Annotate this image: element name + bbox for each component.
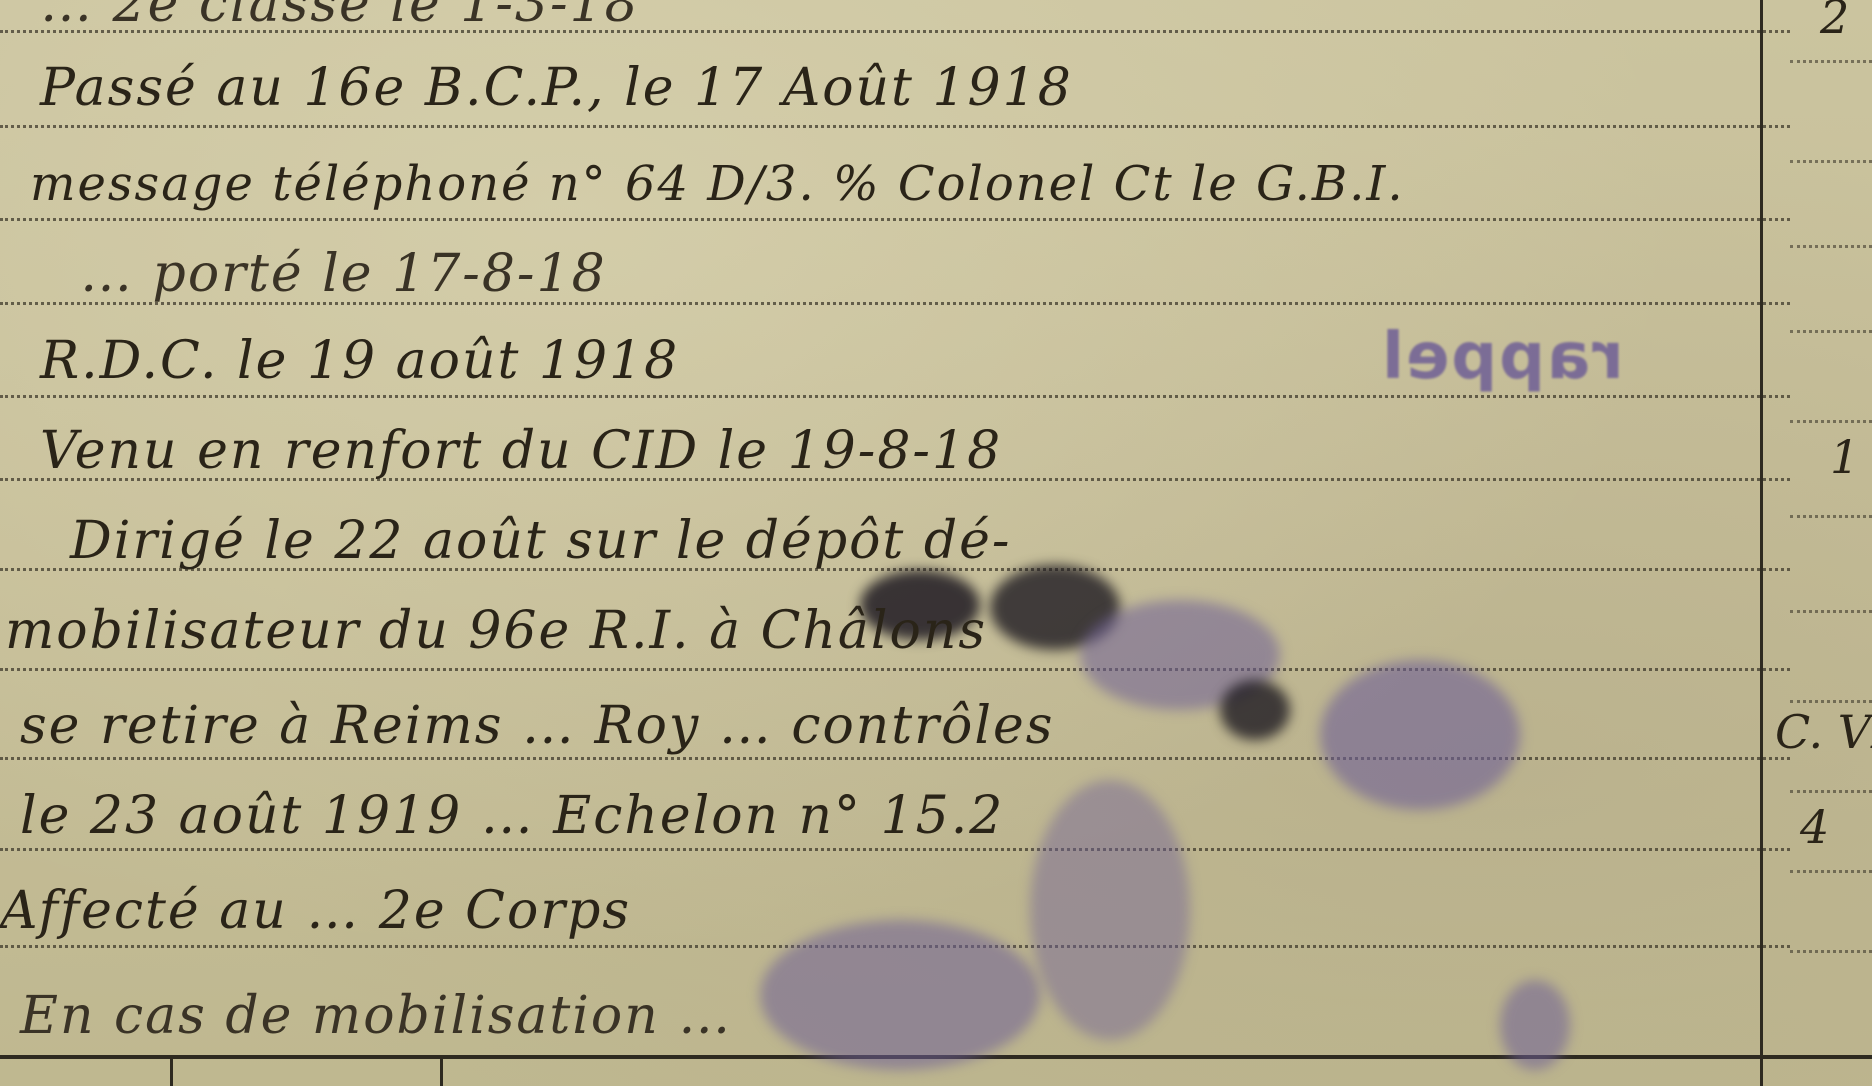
ruled-line-right <box>1790 950 1872 953</box>
ruled-line <box>0 848 1790 851</box>
ruled-line-right <box>1790 60 1872 63</box>
ruled-line-right <box>1790 160 1872 163</box>
margin-note: 2 <box>1820 0 1849 44</box>
ruled-line-right <box>1790 700 1872 703</box>
handwritten-line: Dirigé le 22 août sur le dépôt dé- <box>70 515 1011 567</box>
handwritten-line: le 23 août 1919 … Echelon n° 15.2 <box>20 790 1004 842</box>
ruled-line-right <box>1790 790 1872 793</box>
ruled-line <box>0 395 1790 398</box>
register-page: rappel … 2e classe le 1-3-18 Passé au 16… <box>0 0 1872 1086</box>
handwritten-line: En cas de mobilisation … <box>20 990 732 1042</box>
margin-note: 1 <box>1830 430 1859 484</box>
ruled-line <box>0 668 1790 671</box>
ink-blot <box>1500 980 1570 1070</box>
ink-blot <box>1030 780 1190 1040</box>
ink-blot <box>1320 660 1520 810</box>
ruled-line-right <box>1790 870 1872 873</box>
handwritten-line: R.D.C. le 19 août 1918 <box>40 335 679 387</box>
ruled-line <box>0 125 1790 128</box>
table-bottom-tick <box>440 1055 443 1086</box>
ruled-line <box>0 757 1790 760</box>
column-divider <box>1760 0 1763 1086</box>
ruled-line-right <box>1790 245 1872 248</box>
margin-note: 4 <box>1800 800 1829 854</box>
ruled-line <box>0 218 1790 221</box>
handwritten-line: … porté le 17-8-18 <box>80 248 607 300</box>
margin-note: C. VI <box>1775 705 1872 759</box>
handwritten-line: se retire à Reims … Roy … contrôles <box>20 700 1054 752</box>
ruled-line-right <box>1790 420 1872 423</box>
ink-blot <box>760 920 1040 1070</box>
handwritten-line: Affecté au … 2e Corps <box>0 885 631 937</box>
handwritten-line: Passé au 16e B.C.P., le 17 Août 1918 <box>40 62 1073 114</box>
handwritten-line: mobilisateur du 96e R.I. à Châlons <box>5 605 987 657</box>
ruled-line-right <box>1790 330 1872 333</box>
ruled-line-right <box>1790 515 1872 518</box>
table-bottom-tick <box>170 1055 173 1086</box>
handwritten-line: … 2e classe le 1-3-18 <box>40 0 640 30</box>
handwritten-line: Venu en renfort du CID le 19-8-18 <box>40 425 1002 477</box>
ink-blot <box>1220 680 1290 740</box>
ruled-line-right <box>1790 610 1872 613</box>
handwritten-line: message téléphoné n° 64 D/3. % Colonel C… <box>30 160 1405 208</box>
stamp-rappel: rappel <box>1380 320 1624 394</box>
